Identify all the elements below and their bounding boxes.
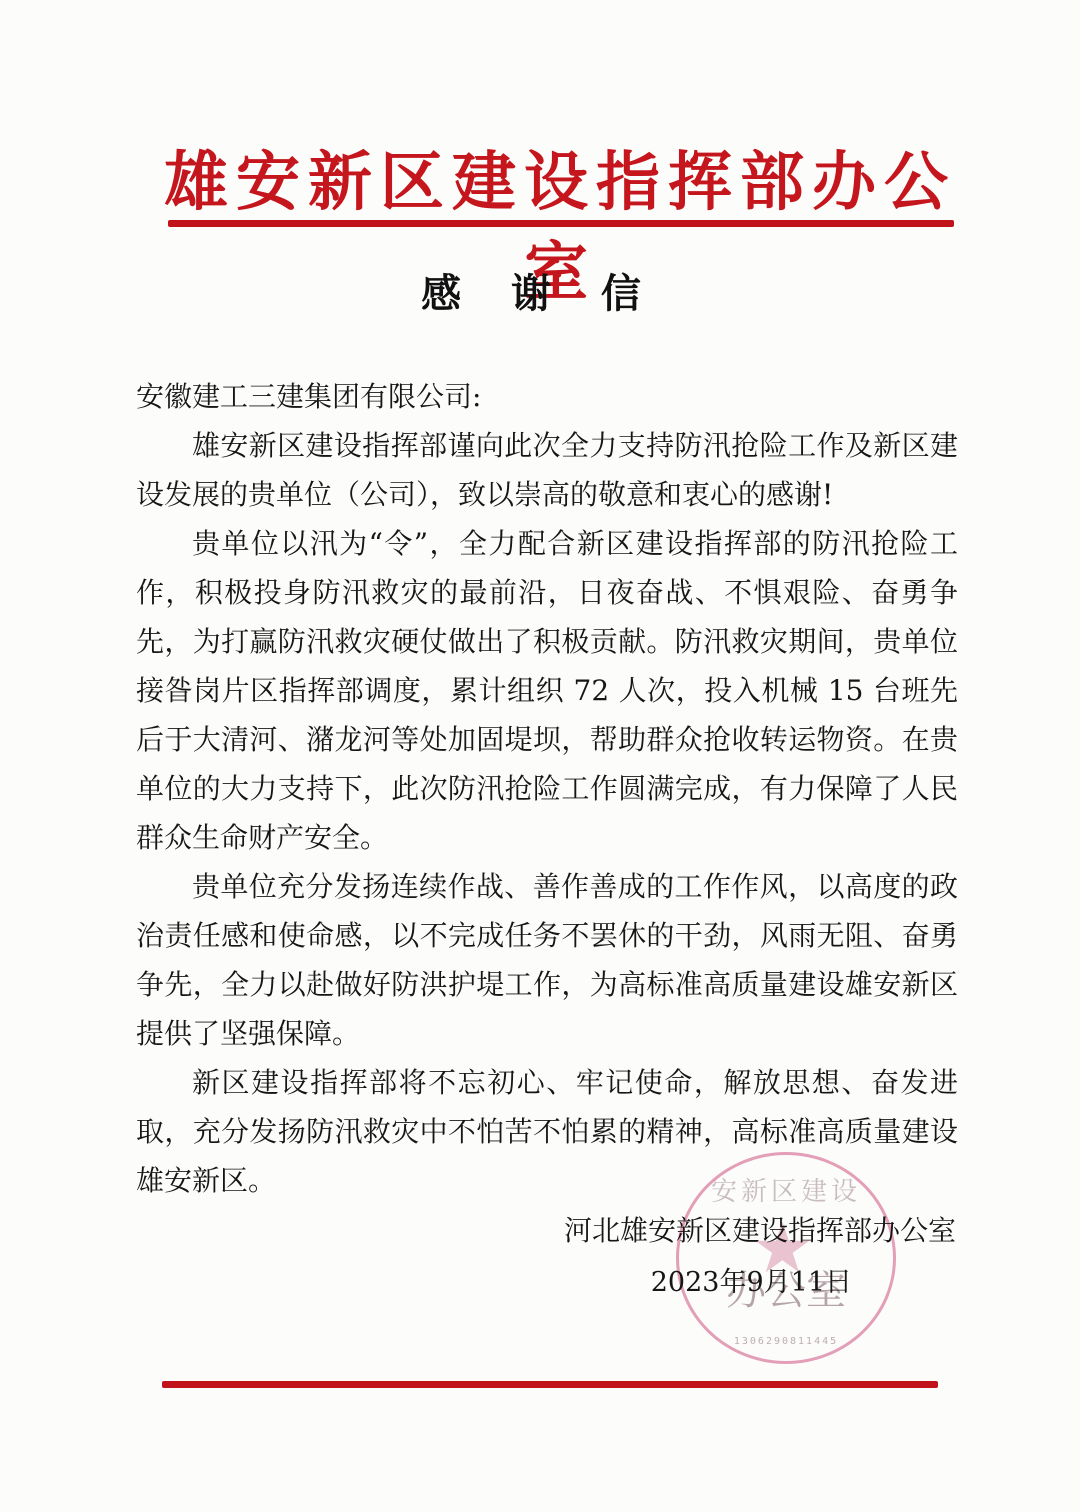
signoff-date: 2023年9月11日 [564,1257,852,1309]
paragraph-3: 贵单位充分发扬连续作战、善作善成的工作作风，以高度的政治责任感和使命感，以不完成… [136,862,958,1058]
document-title: 感 谢 信 [0,262,1080,319]
paragraph-4: 新区建设指挥部将不忘初心、牢记使命，解放思想、奋发进取，充分发扬防汛救灾中不怕苦… [136,1058,958,1205]
footer-divider [162,1381,938,1388]
letter-body: 安徽建工三建集团有限公司: 雄安新区建设指挥部谨向此次全力支持防汛抢险工作及新区… [136,372,958,1205]
signoff: 河北雄安新区建设指挥部办公室 2023年9月11日 [564,1205,956,1309]
signoff-organization: 河北雄安新区建设指挥部办公室 [564,1205,956,1257]
paragraph-2: 贵单位以汛为“令”，全力配合新区建设指挥部的防汛抢险工作，积极投身防汛救灾的最前… [136,519,958,862]
salutation: 安徽建工三建集团有限公司: [136,372,958,421]
paragraph-1: 雄安新区建设指挥部谨向此次全力支持防汛抢险工作及新区建设发展的贵单位（公司），致… [136,421,958,519]
letter-page: 雄安新区建设指挥部办公室 感 谢 信 安徽建工三建集团有限公司: 雄安新区建设指… [0,0,1080,1512]
letterhead-divider [168,220,954,227]
seal-number: 1306290811445 [679,1336,893,1347]
